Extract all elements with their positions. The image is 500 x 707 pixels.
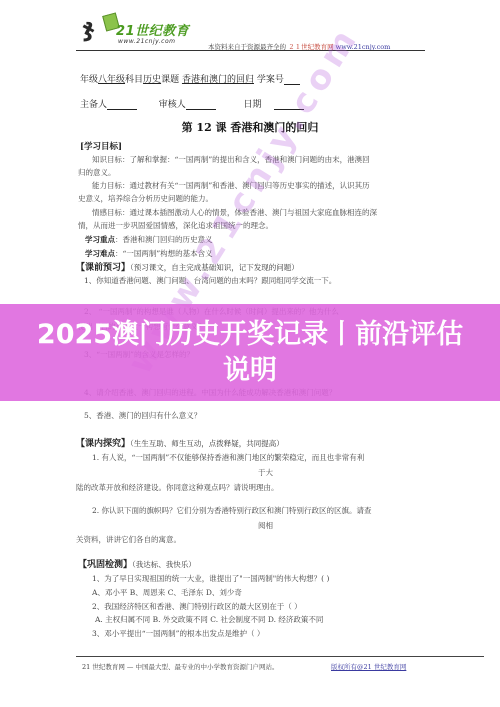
quiz-question-2: 2、我国经济特区和香港、澳门特别行政区的最大区别在于（ ） <box>92 601 302 612</box>
inquiry-question-1-line-1: 1. 有人说，“一国两制”不仅能够保持香港和澳门地区的繁荣稳定，而且也非常有利 <box>92 452 364 463</box>
key-point-label: 学习重点 <box>85 235 115 244</box>
preview-heading: 【课前预习】 <box>76 263 130 273</box>
topic-label: 课题 <box>161 75 179 85</box>
quiz-question-1-options: A、邓小平 B、周恩来 C、毛泽东 D、刘少奇 <box>92 587 242 598</box>
consolidation-heading: 【巩固检测】 <box>78 560 132 570</box>
quiz-question-3: 3、邓小平提出“一国两制”的根本出发点是维护（ ） <box>92 628 264 639</box>
reviewer-label: 审核人 <box>159 100 186 110</box>
knowledge-objective-line-2: 归的意义。 <box>78 167 116 178</box>
site-logo[interactable]: ჯ 21世纪教育 www.21cnjy.com <box>82 14 194 46</box>
inquiry-section-header: 【课内探究】（生生互助、师生互动，点拨释疑，共同提高） <box>76 436 284 449</box>
meta-row-people: 主备人 审核人 日期 <box>80 97 304 110</box>
title-banner[interactable]: 2025澳门历史开奖记录丨前沿评估说明 <box>0 304 500 401</box>
date-label: 日期 <box>244 100 262 110</box>
logo-title: 21世纪教育 <box>116 20 189 39</box>
reviewer-blank <box>186 100 216 110</box>
ability-objective-line-2: 史意义，培养综合分析历史问题的能力。 <box>78 193 213 204</box>
preparer-label: 主备人 <box>80 100 107 110</box>
inquiry-question-1-line-3: 陆的改革开放和经济建设。你同意这种观点吗？请说明理由。 <box>76 482 279 493</box>
consolidation-subheading: （我达标、我快乐） <box>132 560 196 569</box>
subject-label: 科目 <box>125 75 143 85</box>
topic-value: 香港和澳门的回归 <box>182 75 254 85</box>
inquiry-subheading: （生生互助、师生互动，点拨释疑，共同提高） <box>130 439 284 448</box>
consolidation-section-header: 【巩固检测】（我达标、我快乐） <box>78 557 196 570</box>
inquiry-question-2-line-2: 阅相 <box>258 520 273 531</box>
inquiry-question-1-line-2: 于大 <box>258 467 273 478</box>
preparer-blank <box>107 100 137 110</box>
logo-url: www.21cnjy.com <box>118 38 175 45</box>
document-page: ჯ 21世纪教育 www.21cnjy.com 本资料来自于资源最齐全的 ２１世… <box>0 0 500 707</box>
header-divider <box>76 50 425 51</box>
subject-value: 历史 <box>143 75 161 85</box>
grade-label: 年级 <box>80 75 98 85</box>
lesson-title: 第 12 课 香港和澳门的回归 <box>0 119 500 135</box>
banner-title: 2025澳门历史开奖记录丨前沿评估说明 <box>30 317 470 389</box>
case-no-label: 学案号 <box>257 75 284 85</box>
objectives-heading: [学习目标] <box>80 140 122 152</box>
difficulty-label: 学习难点 <box>85 249 115 258</box>
footer-divider <box>76 656 484 657</box>
copyright-link[interactable]: 版权所有@21 世纪教育网 <box>331 662 406 671</box>
footer-text: 21 世纪教育网 — 中国最大型、最专业的中小学教育资源门户网站。 <box>82 662 278 671</box>
quiz-question-2-options: A. 主权归属不同 B. 外交政策不同 C. 社会制度不同 D. 经济政策不同 <box>95 614 323 625</box>
preview-question-5: 5、香港、澳门的回归有什么意义？ <box>84 410 201 421</box>
quiz-question-1: 1、为了早日实现祖国的统一大业，谁提出了"一国两制"的伟大构想？( ) <box>92 573 329 584</box>
grade-value: 八年级 <box>98 75 125 85</box>
meta-row-course: 年级八年级科目历史课题 香港和澳门的回归 学案号 <box>80 72 300 85</box>
runner-icon: ჯ <box>82 16 95 40</box>
inquiry-question-2-line-1: 2. 你认识下面的旗帜吗？它们分别为香港特别行政区和澳门特别行政区的区旗。请查 <box>92 505 372 516</box>
inquiry-question-2-line-3: 关资料，讲讲它们各自的寓意。 <box>76 534 181 545</box>
knowledge-objective-line-1: 知识目标：了解和掌握：“一国两制”的提出和含义，香港和澳门问题的由末，港澳回 <box>92 154 370 165</box>
inquiry-heading: 【课内探究】 <box>76 439 130 449</box>
